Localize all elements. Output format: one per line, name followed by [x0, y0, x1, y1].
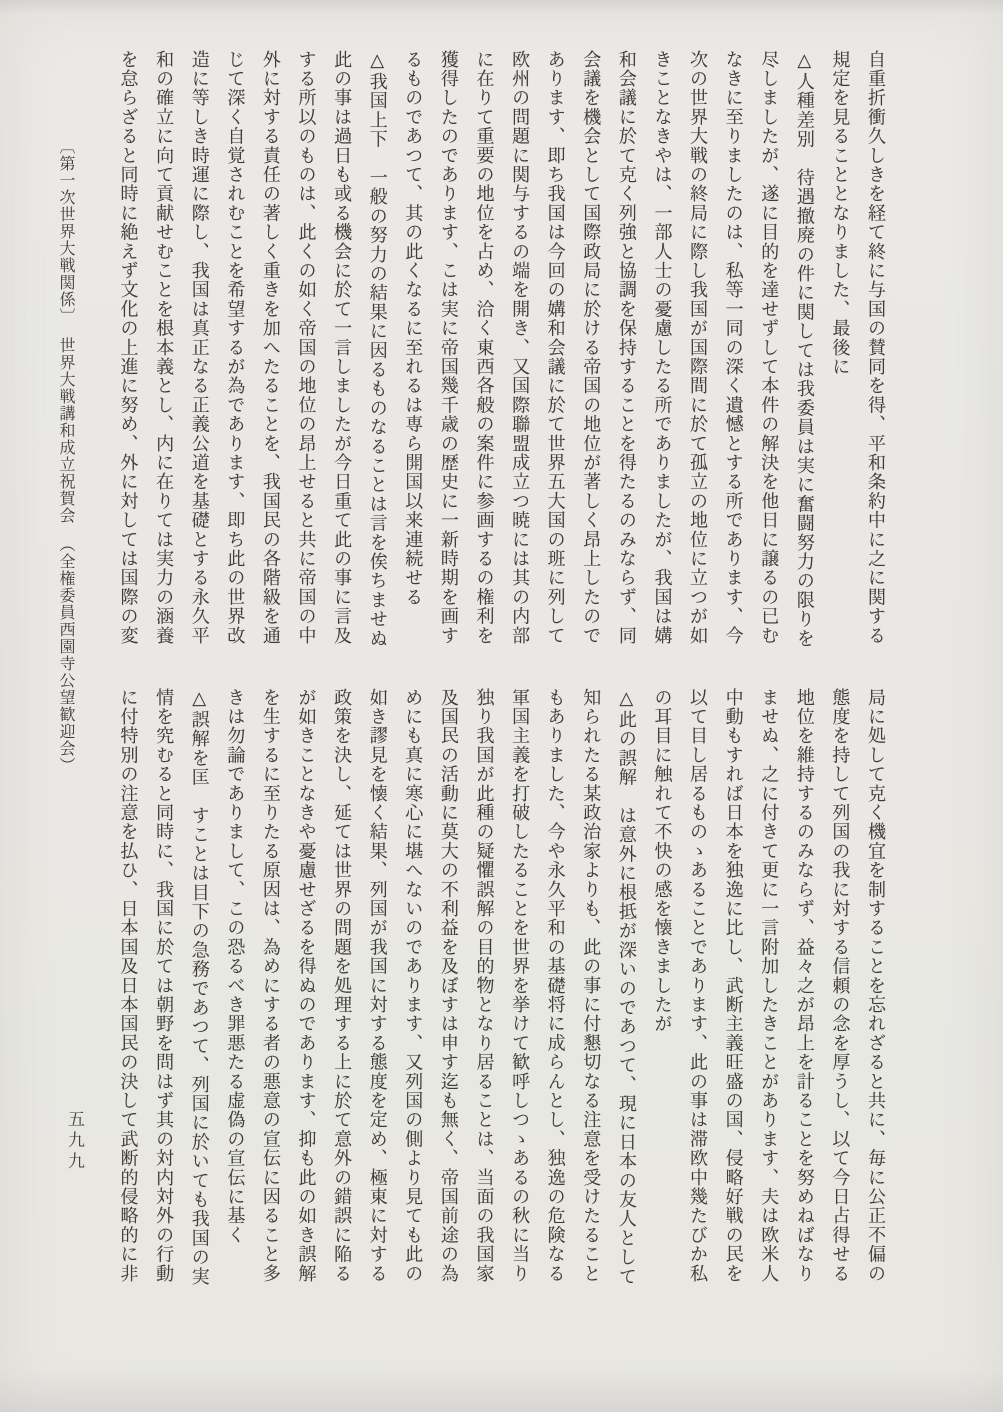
text-line: るものであつて、其の此くなるに至れるは専ら開国以来連続せる: [395, 50, 431, 702]
text-line: 次の世界大戦の終局に際し我国が国際間に於て孤立の地位に立つが如: [679, 50, 715, 702]
text-line: 和会議に於て克く列強と協調を保持することを得たるのみならず、同: [608, 50, 644, 702]
text-line: 局に処して克く機宜を制することを忘れざると共に、毎に公正不偏の: [857, 688, 893, 1348]
text-line: 独り我国が此種の疑懼誤解の目的物となり居ることは、当面の我国家: [466, 688, 502, 1348]
event-title: 世界大戦講和成立祝賀会: [57, 325, 74, 524]
text-line: きは勿論でありまして、この恐るべき罪悪たる虚偽の宣伝に基く: [217, 688, 253, 1348]
section-header: 〔第一次世界大戦関係〕世界大戦講和成立祝賀会（全権委員西園寺公望歓迎会）: [50, 138, 80, 778]
text-line: 規定を見ることとなりました、最後に: [822, 50, 858, 702]
text-line: 会議を機会として国際政局に於ける帝国の地位が著しく昂上したので: [573, 50, 609, 702]
event-subtitle: （全権委員西園寺公望歓迎会）: [57, 524, 74, 774]
text-line: 造に等しき時運に際し、我国は真正なる正義公道を基礎とする永久平: [181, 50, 217, 702]
text-line: もありました、今や永久平和の基礎将に成らんとし、独逸の危険なる: [537, 688, 573, 1348]
text-line: に付特別の注意を払ひ、日本国及日本国民の決して武断的侵略的に非: [110, 688, 146, 1348]
text-line: きことなきやは、一部人士の憂慮したる所でありましたが、我国は媾: [644, 50, 680, 702]
text-line: じて深く自覚されむことを希望するが為であります、即ち此の世界改: [217, 50, 253, 702]
text-line: 以て目し居るものゝあることであります、此の事は滞欧中幾たびか私: [679, 688, 715, 1348]
text-line: する所以のものは、此くの如く帝国の地位の昂上せると共に帝国の中: [288, 50, 324, 702]
text-line: を怠らざると同時に絶えず文化の上進に努め、外に対しては国際の変: [110, 50, 146, 702]
text-line: 地位を維持するのみならず、益々之が昂上を計ることを努めねばなり: [786, 688, 822, 1348]
text-line: を生するに至りたる原因は、為めにする者の悪意の宣伝に因ること多: [252, 688, 288, 1348]
text-line: △人種差別 待遇撤廃の件に関しては我委員は実に奮闘努力の限りを: [786, 50, 822, 702]
text-line: めにも真に寒心に堪へないのであります、又列国の側より見ても此の: [395, 688, 431, 1348]
text-line: 軍国主義を打破したることを世界を挙けて歓呼しつゝあるの秋に当り: [501, 688, 537, 1348]
text-line: △我国上下 一般の努力の結果に因るものなることは言を俟ちませぬ: [359, 50, 395, 702]
text-line: あります、即ち我国は今回の媾和会議に於て世界五大国の班に列して: [537, 50, 573, 702]
text-line: △誤解を匡 すことは目下の急務であつて、列国に於いても我国の実: [181, 688, 217, 1348]
text-line: △此の誤解 は意外に根抵が深いのであつて、現に日本の友人として: [608, 688, 644, 1348]
page-number: 五九九: [62, 1110, 87, 1173]
text-line: 如き謬見を懐く結果、列国が我国に対する態度を定め、極東に対する: [359, 688, 395, 1348]
text-line: 及国民の活動に莫大の不利益を及ぼすは申す迄も無く、帝国前途の為: [430, 688, 466, 1348]
text-line: の耳目に触れて不快の感を懐きましたが: [644, 688, 680, 1348]
text-line: 知られたる某政治家よりも、此の事に付懇切なる注意を受けたること: [573, 688, 609, 1348]
text-line: 此の事は過日も或る機会に於て一言しましたが今日重て此の事に言及: [324, 50, 360, 702]
text-line: 和の確立に向て貢献せむことを根本義とし、内に在りては実力の涵養: [146, 50, 182, 702]
text-line: が如きことなきや憂慮せざるを得ぬのであります、抑も此の如き誤解: [288, 688, 324, 1348]
top-text-block: 自重折衝久しきを経て終に与国の賛同を得、平和条約中に之に関する規定を見ることとな…: [107, 50, 893, 702]
collection-tag: 〔第一次世界大戦関係〕: [57, 138, 74, 325]
text-line: 政策を決し、延ては世界の問題を処理する上に於て意外の錯誤に陥る: [324, 688, 360, 1348]
text-line: 欧州の問題に関与するの端を開き、又国際聯盟成立つ暁には其の内部: [501, 50, 537, 702]
text-line: 情を究むると同時に、我国に於ては朝野を問はず其の対内対外の行動: [146, 688, 182, 1348]
text-line: ませぬ、之に付きて更に一言附加したきことがあります、夫は欧米人: [751, 688, 787, 1348]
text-line: 中動もすれば日本を独逸に比し、武断主義旺盛の国、侵略好戦の民を: [715, 688, 751, 1348]
text-line: 獲得したのであります、こは実に帝国幾千歳の歴史に一新時期を画す: [430, 50, 466, 702]
text-line: に在りて重要の地位を占め、洽く東西各般の案件に参画するの権利を: [466, 50, 502, 702]
text-line: 態度を持して列国の我に対する信頼の念を厚うし、以て今日占得せる: [822, 688, 858, 1348]
scanned-document-page: 自重折衝久しきを経て終に与国の賛同を得、平和条約中に之に関する規定を見ることとな…: [0, 0, 1003, 1412]
text-line: 尽しましたが、遂に目的を達せずして本件の解決を他日に譲るの已む: [751, 50, 787, 702]
bottom-text-block: 局に処して克く機宜を制することを忘れざると共に、毎に公正不偏の態度を持して列国の…: [107, 688, 893, 1348]
text-line: なきに至りましたのは、私等一同の深く遺憾とする所であります、今: [715, 50, 751, 702]
text-line: 外に対する責任の著しく重きを加へたることを、我国民の各階級を通: [252, 50, 288, 702]
text-line: 自重折衝久しきを経て終に与国の賛同を得、平和条約中に之に関する: [857, 50, 893, 702]
